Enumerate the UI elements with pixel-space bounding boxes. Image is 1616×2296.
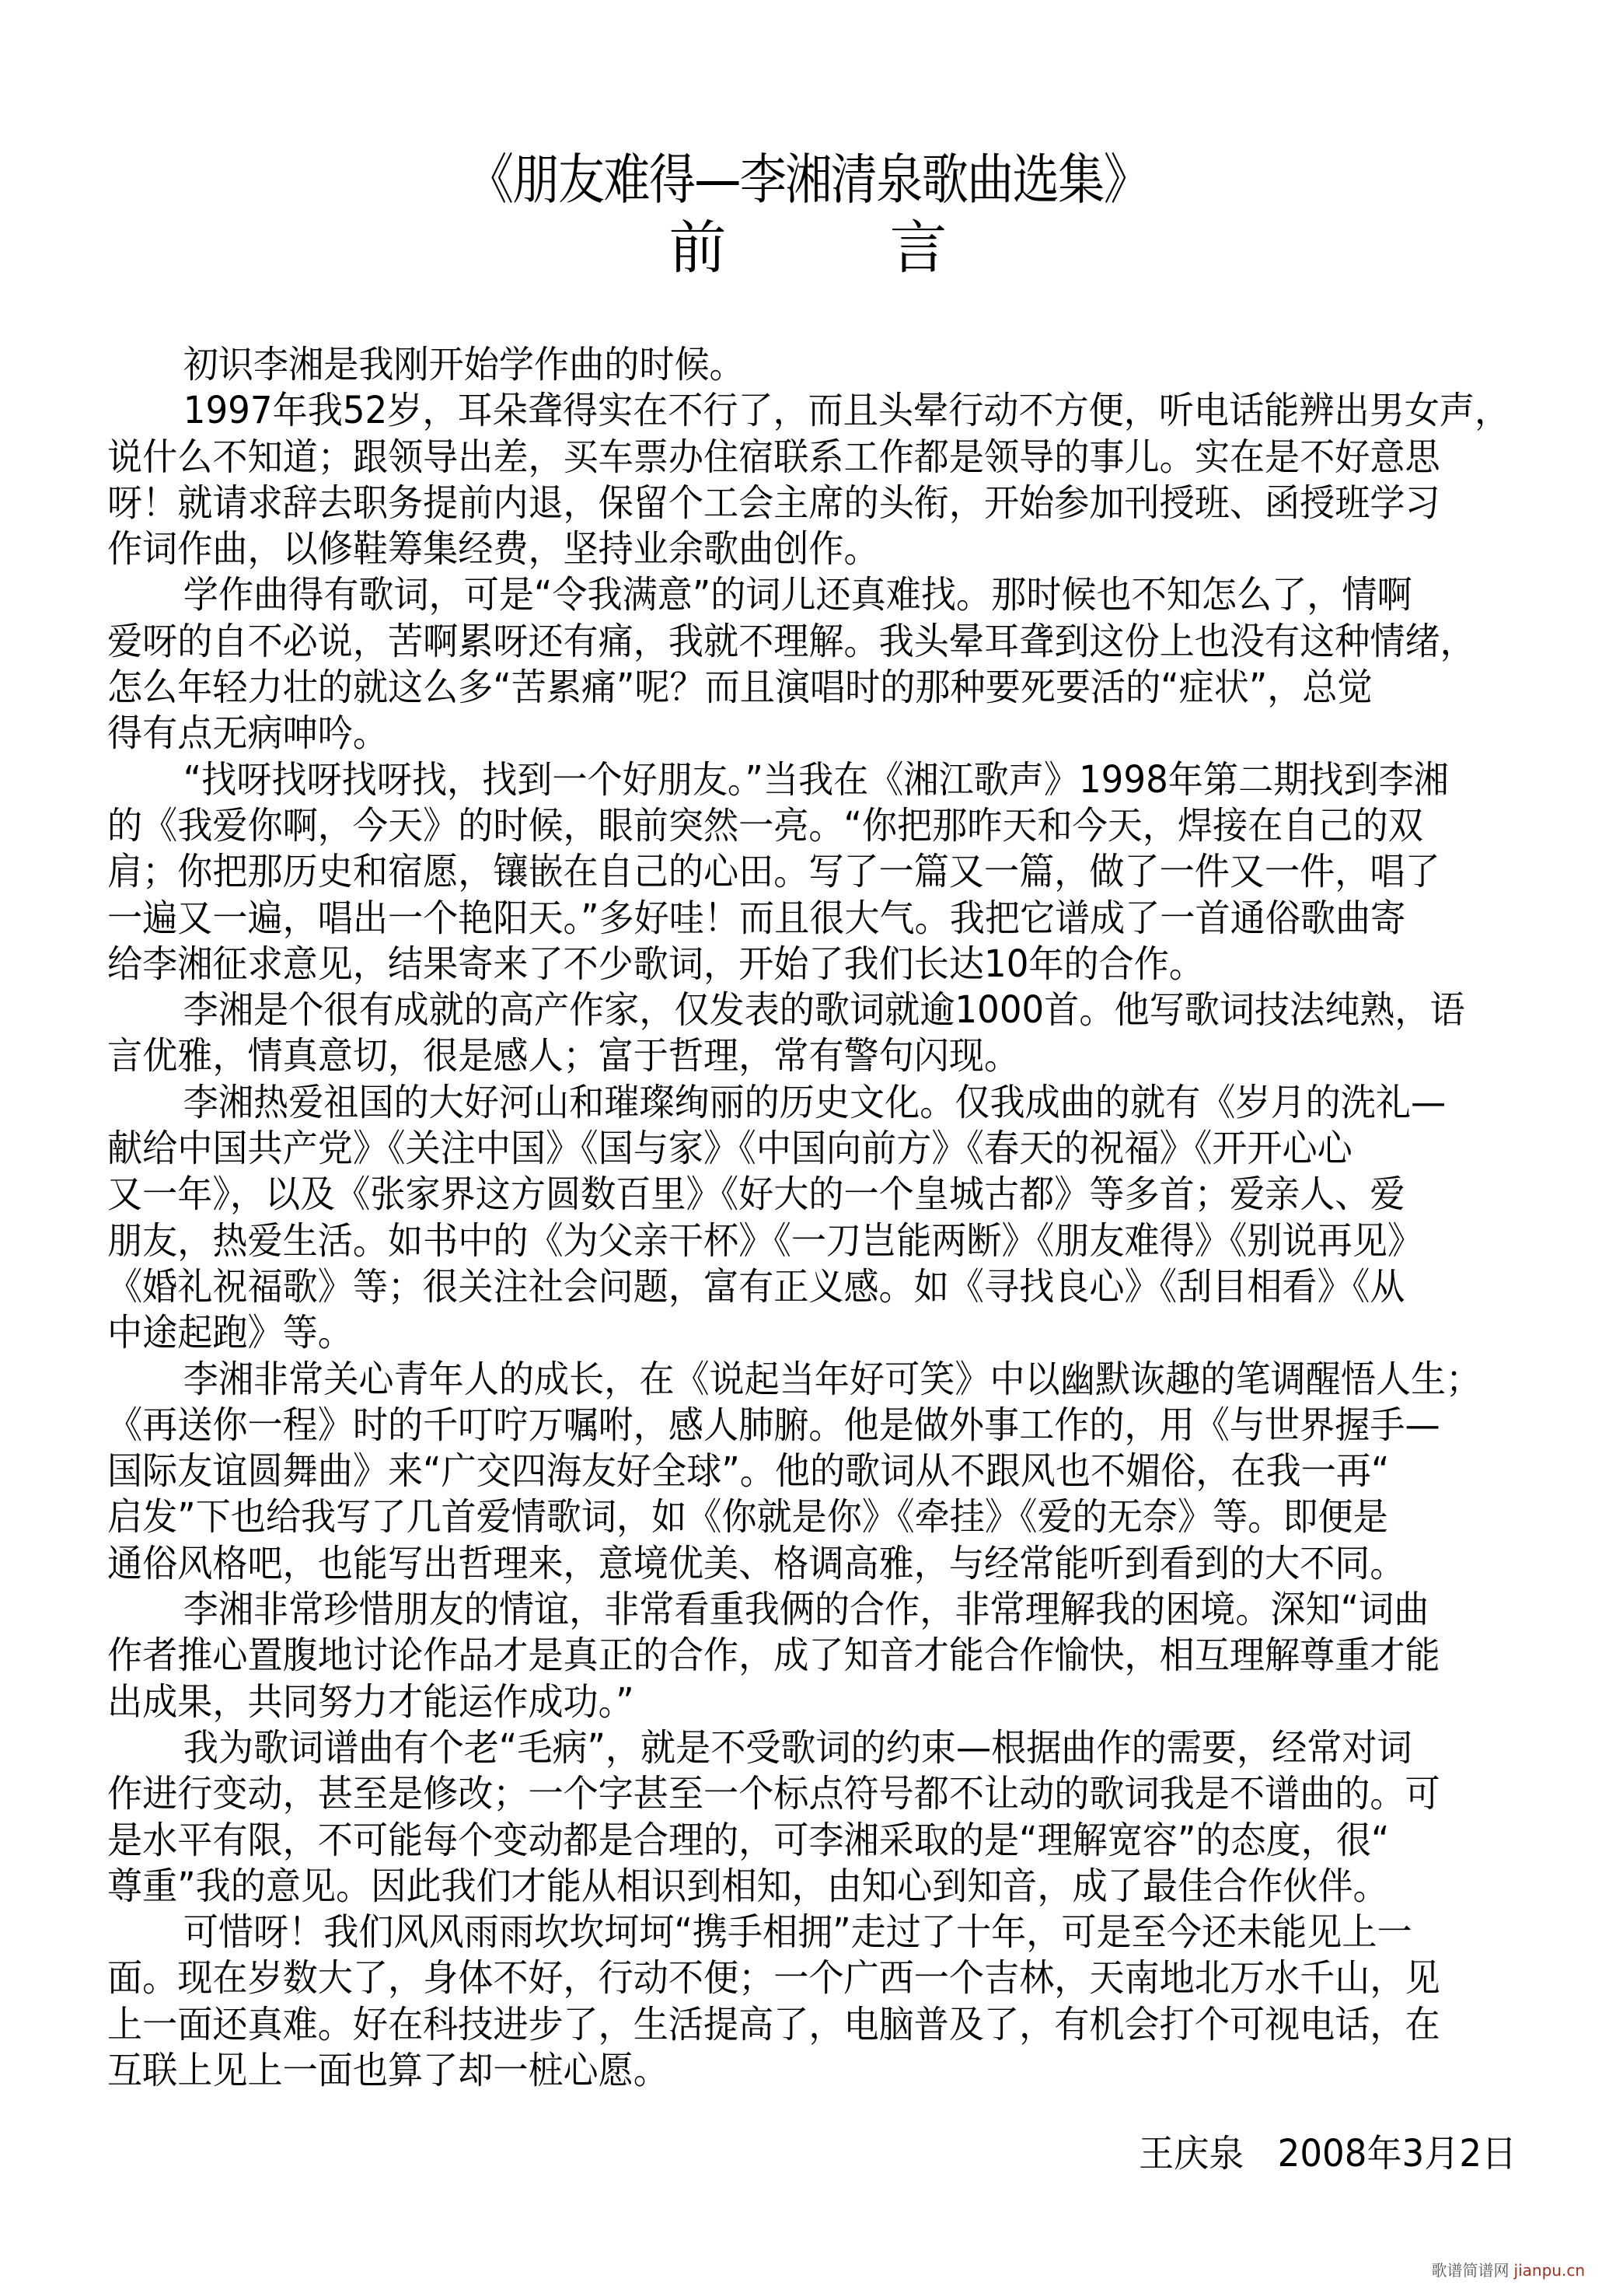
text-line: 怎么年轻力壮的就这么多“苦累痛”呢？而且演唱时的那种要死要活的“症状”，总觉 xyxy=(107,665,1422,711)
text-line: 言优雅，情真意切，很是感人；富于哲理，常有警句闪现。 xyxy=(107,1033,1422,1079)
text-line: 作进行变动，甚至是修改；一个字甚至一个标点符号都不让动的歌词我是不谱曲的。可 xyxy=(107,1771,1422,1817)
text-line: 面。现在岁数大了，身体不好，行动不便；一个广西一个吉林，天南地北万水千山，见 xyxy=(107,1955,1422,2001)
text-line: 我为歌词谱曲有个老“毛病”，就是不受歌词的约束—根据曲作的需要，经常对词 xyxy=(107,1725,1422,1771)
signature: 王庆泉2008年3月2日 xyxy=(1139,2130,1517,2177)
text-line: 李湘非常珍惜朋友的情谊，非常看重我俩的合作，非常理解我的困境。深知“词曲 xyxy=(107,1587,1422,1633)
text-line: 学作曲得有歌词，可是“令我满意”的词儿还真难找。那时候也不知怎么了，情啊 xyxy=(107,572,1422,618)
text-line: 又一年》，以及《张家界这方圆数百里》《好大的一个皇城古都》等多首；爱亲人、爱 xyxy=(107,1172,1422,1218)
text-line: 初识李湘是我刚开始学作曲的时候。 xyxy=(107,342,1422,388)
text-line: 是水平有限，不可能每个变动都是合理的，可李湘采取的是“理解宽容”的态度，很“ xyxy=(107,1818,1422,1864)
text-line: 作词作曲，以修鞋筹集经费，坚持业余歌曲创作。 xyxy=(107,526,1422,572)
text-line: 献给中国共产党》《关注中国》《国与家》《中国向前方》《春天的祝福》《开开心心 xyxy=(107,1126,1422,1172)
text-line: 李湘热爱祖国的大好河山和璀璨绚丽的历史文化。仅我成曲的就有《岁月的洗礼— xyxy=(107,1080,1422,1126)
text-line: 可惜呀！我们风风雨雨坎坎坷坷“携手相拥”走过了十年，可是至今还未能见上一 xyxy=(107,1910,1422,1955)
text-line: 李湘非常关心青年人的成长，在《说起当年好可笑》中以幽默诙趣的笔调醒悟人生； xyxy=(107,1357,1422,1403)
watermark-site-name: 歌谱简谱网 xyxy=(1432,2261,1510,2280)
text-line: 的《我爱你啊，今天》的时候，眼前突然一亮。“你把那昨天和今天，焊接在自己的双 xyxy=(107,803,1422,849)
signature-date: 2008年3月2日 xyxy=(1278,2132,1517,2175)
text-line: 上一面还真难。好在科技进步了，生活提高了，电脑普及了，有机会打个可视电话，在 xyxy=(107,2002,1422,2048)
subtitle-char-2: 言 xyxy=(890,215,948,281)
text-line: 1997年我52岁，耳朵聋得实在不行了，而且头晕行动不方便，听电话能辨出男女声， xyxy=(107,388,1422,434)
text-line: 尊重”我的意见。因此我们才能从相识到相知，由知心到知音，成了最佳合作伙伴。 xyxy=(107,1864,1422,1910)
text-line: 互联上见上一面也算了却一桩心愿。 xyxy=(107,2048,1422,2094)
watermark-domain: jianpu.cn xyxy=(1514,2261,1585,2280)
text-line: 国际友谊圆舞曲》来“广交四海友好全球”。他的歌词从不跟风也不媚俗，在我一再“ xyxy=(107,1449,1422,1494)
text-line: 一遍又一遍，唱出一个艳阳天。”多好哇！而且很大气。我把它谱成了一首通俗歌曲寄 xyxy=(107,896,1422,942)
text-line: 通俗风格吧，也能写出哲理来，意境优美、格调高雅，与经常能听到看到的大不同。 xyxy=(107,1541,1422,1587)
text-line: “找呀找呀找呀找，找到一个好朋友。”当我在《湘江歌声》1998年第二期找到李湘 xyxy=(107,757,1422,803)
preface-body: 初识李湘是我刚开始学作曲的时候。1997年我52岁，耳朵聋得实在不行了，而且头晕… xyxy=(107,342,1506,2094)
author-name: 王庆泉 xyxy=(1139,2132,1244,2175)
text-line: 得有点无病呻吟。 xyxy=(107,711,1422,757)
subtitle-char-1: 前 xyxy=(669,215,727,281)
text-line: 给李湘征求意见，结果寄来了不少歌词，开始了我们长达10年的合作。 xyxy=(107,942,1422,987)
document-subtitle: 前言 xyxy=(0,215,1616,281)
text-line: 《婚礼祝福歌》等；很关注社会问题，富有正义感。如《寻找良心》《刮目相看》《从 xyxy=(107,1264,1422,1310)
text-line: 《再送你一程》时的千叮咛万嘱咐，感人肺腑。他是做外事工作的，用《与世界握手— xyxy=(107,1403,1422,1449)
text-line: 肩；你把那历史和宿愿，镶嵌在自己的心田。写了一篇又一篇，做了一件又一件，唱了 xyxy=(107,849,1422,895)
document-title: 《朋友难得—李湘清泉歌曲选集》 xyxy=(113,146,1503,213)
text-line: 呀！就请求辞去职务提前内退，保留个工会主席的头衔，开始参加刊授班、函授班学习 xyxy=(107,481,1422,526)
text-line: 朋友，热爱生活。如书中的《为父亲干杯》《一刀岂能两断》《朋友难得》《别说再见》 xyxy=(107,1218,1422,1264)
text-line: 爱呀的自不必说，苦啊累呀还有痛，我就不理解。我头晕耳聋到这份上也没有这种情绪， xyxy=(107,619,1422,665)
text-line: 李湘是个很有成就的高产作家，仅发表的歌词就逾1000首。他写歌词技法纯熟，语 xyxy=(107,987,1422,1033)
text-line: 出成果，共同努力才能运作成功。” xyxy=(107,1679,1422,1725)
text-line: 作者推心置腹地讨论作品才是真正的合作，成了知音才能合作愉快，相互理解尊重才能 xyxy=(107,1633,1422,1679)
text-line: 启发”下也给我写了几首爱情歌词，如《你就是你》《牵挂》《爱的无奈》等。即便是 xyxy=(107,1494,1422,1540)
text-line: 中途起跑》等。 xyxy=(107,1310,1422,1356)
text-line: 说什么不知道；跟领导出差，买车票办住宿联系工作都是领导的事儿。实在是不好意思 xyxy=(107,435,1422,481)
watermark: 歌谱简谱网jianpu.cn xyxy=(1432,2258,1585,2280)
